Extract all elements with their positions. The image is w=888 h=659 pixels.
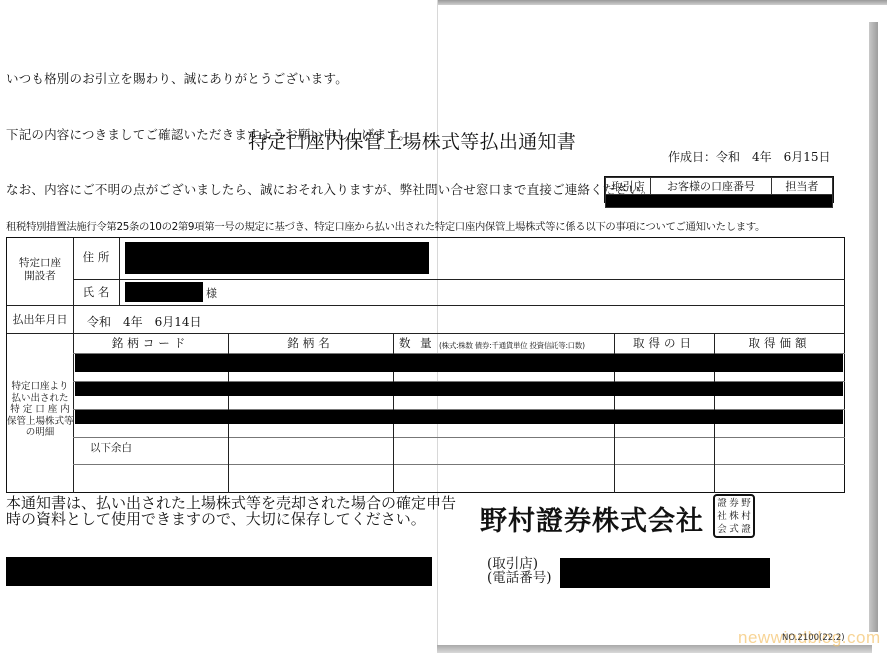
company-seal-stamp: 證 券 野 社 株 村 会 式 證 xyxy=(713,494,755,538)
retention-note: 本通知書は、払い出された上場株式等を売却された場合の確定申告 時の資料として使用… xyxy=(6,495,456,527)
company-name: 野村證券株式会社 xyxy=(480,499,704,538)
payout-date-label: 払出年月日 xyxy=(7,313,73,326)
details-section-label: 特定口座より 払い出された 特 定 口 座 内 保管上場株式等 の明細 xyxy=(7,381,73,439)
name-redacted xyxy=(125,282,203,302)
account-number-header: お客様の口座番号 xyxy=(651,178,771,195)
column-stock-code: 銘柄コード xyxy=(73,334,228,352)
payout-date-value: 令和 4年 6月14日 xyxy=(87,313,202,330)
document-title: 特定口座内保管上場株式等払出通知書 xyxy=(248,127,576,154)
account-info-box: 取引店 お客様の口座番号 担当者 xyxy=(604,176,834,203)
branch-contact-label: (取引店) (電話番号) xyxy=(487,557,552,585)
form-number: NO.2100(22.2) xyxy=(782,633,845,643)
intro-line: いつも格別のお引立を賜わり、誠にありがとうございます。 xyxy=(6,70,654,89)
column-stock-name: 銘柄名 xyxy=(228,334,393,352)
quantity-unit-note: (株式:株数 債券:千通貨単位 投資信託等:口数) xyxy=(439,340,585,351)
account-values-redacted xyxy=(606,195,833,208)
detail-row-end-marker: 以下余白 xyxy=(90,440,132,455)
intro-text: いつも格別のお引立を賜わり、誠にありがとうございます。 下記の内容につきましてご… xyxy=(6,33,654,218)
column-acquisition-cost: 取得価額 xyxy=(714,334,845,352)
created-date: 作成日：令和 4年 6月15日 xyxy=(668,148,831,165)
honorific: 様 xyxy=(206,285,217,301)
holder-section-label: 特定口座 開設者 xyxy=(7,257,73,283)
intro-line: なお、内容にご不明の点がございましたら、誠におそれ入りますが、弊社問い合せ窓口ま… xyxy=(6,181,654,200)
detail-row-2-redacted xyxy=(75,382,843,396)
detail-row-1-redacted xyxy=(75,354,843,372)
address-footer-redacted xyxy=(6,557,432,586)
branch-contact-redacted xyxy=(560,558,770,588)
scan-shadow-right xyxy=(869,22,878,632)
legal-basis-text: 租税特別措置法施行令第25条の10の2第9項第一号の規定に基づき、特定口座から払… xyxy=(6,218,765,233)
detail-row-3-redacted xyxy=(75,410,843,424)
scan-shadow-top xyxy=(437,0,887,5)
notice-table: 特定口座 開設者 住 所 氏 名 様 払出年月日 令和 4年 6月14日 特定口… xyxy=(6,237,845,493)
branch-header: 取引店 xyxy=(606,178,651,195)
address-label: 住 所 xyxy=(73,251,119,264)
name-label: 氏 名 xyxy=(73,286,119,299)
column-quantity: 数 量 xyxy=(399,334,439,352)
address-redacted xyxy=(125,242,429,274)
staff-header: 担当者 xyxy=(771,178,832,195)
column-acquisition-date: 取得の日 xyxy=(614,334,714,352)
